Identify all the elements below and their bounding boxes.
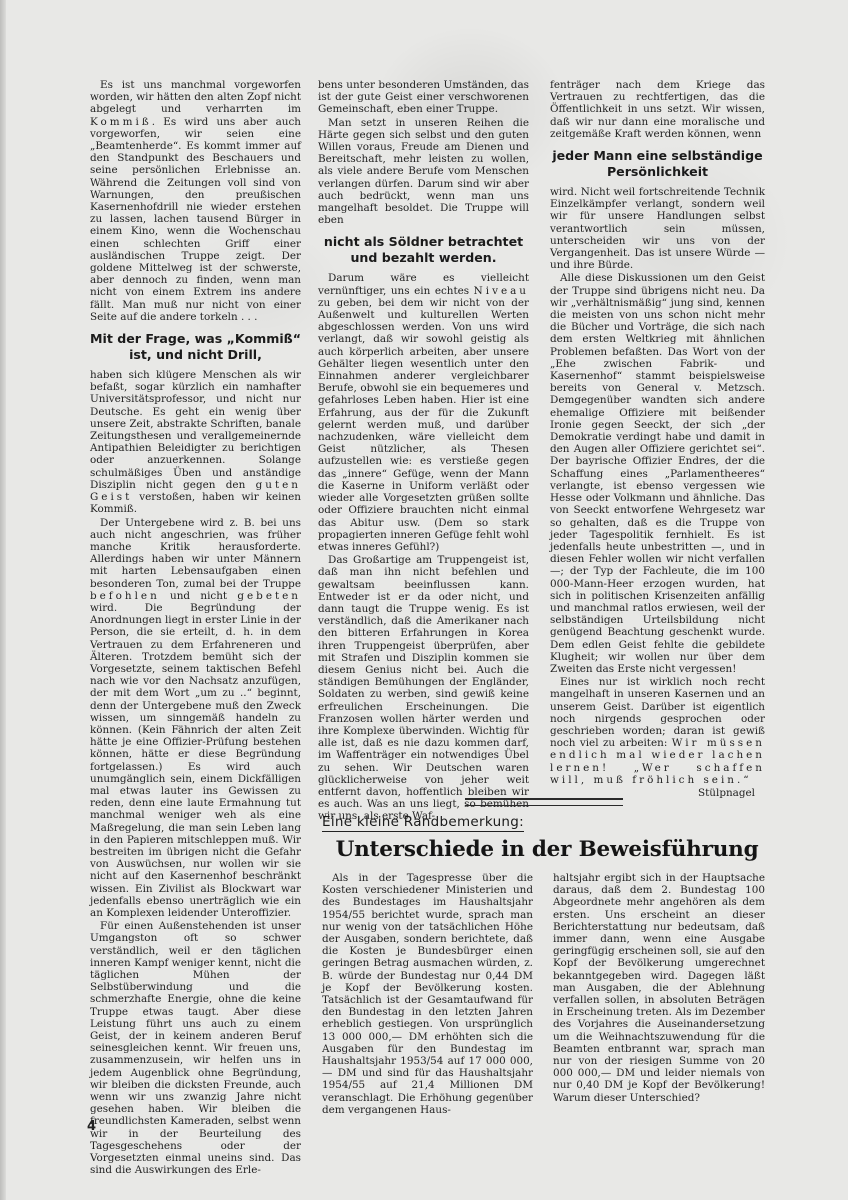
article1-column-2: bens unter besonderen Umständen, das ist…: [318, 79, 529, 823]
subheading: nicht als Söldner betrachtet und bezahlt…: [318, 234, 529, 266]
text: und nicht: [160, 590, 238, 602]
page-edge-shadow: [0, 0, 6, 1200]
paragraph: Eines nur ist wirklich noch recht mangel…: [550, 676, 765, 786]
page-number: 4: [87, 1119, 96, 1134]
paragraph: fenträger nach dem Kriege das Vertrauen …: [550, 79, 765, 140]
article2-kicker: Eine kleine Randbemerkung:: [322, 814, 524, 832]
paragraph: Man setzt in unseren Reihen die Härte ge…: [318, 117, 529, 227]
paragraph: Als in der Tagespresse über die Kosten v…: [322, 872, 533, 1116]
newspaper-page: Es ist uns manchmal vorgeworfen worden, …: [0, 0, 848, 1200]
text: zu geben, bei dem wir nicht von der Auße…: [318, 297, 529, 553]
paragraph: haltsjahr ergibt sich in der Hauptsache …: [553, 872, 765, 1104]
subheading: Mit der Frage, was „Kommiß“ ist, und nic…: [90, 331, 301, 363]
spaced-emphasis: Niveau: [474, 285, 529, 297]
text: wird. Die Begründung der Anordnungen lie…: [90, 602, 301, 919]
paragraph: bens unter besonderen Umständen, das ist…: [318, 79, 529, 116]
article2-column-2: haltsjahr ergibt sich in der Hauptsache …: [553, 872, 765, 1104]
text: haben sich klügere Menschen als wir befa…: [90, 369, 301, 491]
double-rule-divider: [465, 798, 623, 806]
paragraph: haben sich klügere Menschen als wir befa…: [90, 369, 301, 515]
paragraph: Es ist uns manchmal vorgeworfen worden, …: [90, 79, 301, 323]
spaced-emphasis: gebeten: [237, 590, 301, 602]
article1-column-1: Es ist uns manchmal vorgeworfen worden, …: [90, 79, 301, 1176]
spaced-emphasis: befohlen: [90, 590, 160, 602]
article2-column-1: Als in der Tagespresse über die Kosten v…: [322, 872, 533, 1116]
subheading: jeder Mann eine selbständige Persönlichk…: [550, 148, 765, 180]
article1-column-3: fenträger nach dem Kriege das Vertrauen …: [550, 79, 765, 799]
paragraph: Der Untergebene wird z. B. bei uns auch …: [90, 517, 301, 920]
paragraph: Für einen Außenstehenden ist unser Umgan…: [90, 920, 301, 1176]
paragraph: Das Großartige am Truppengeist ist, daß …: [318, 554, 529, 822]
text: . Es wird uns aber auch vorgeworfen, wir…: [90, 116, 301, 323]
spaced-emphasis: Kommiß: [90, 116, 152, 128]
text: Der Untergebene wird z. B. bei uns auch …: [90, 517, 301, 590]
paragraph: wird. Nicht weil fortschreitende Technik…: [550, 186, 765, 271]
article2-headline: Unterschiede in der Beweisführung: [322, 836, 772, 864]
text: Es ist uns manchmal vorgeworfen worden, …: [90, 79, 301, 115]
paragraph: Alle diese Diskussionen um den Geist der…: [550, 272, 765, 675]
paragraph: Darum wäre es vielleicht vernünftiger, u…: [318, 272, 529, 553]
